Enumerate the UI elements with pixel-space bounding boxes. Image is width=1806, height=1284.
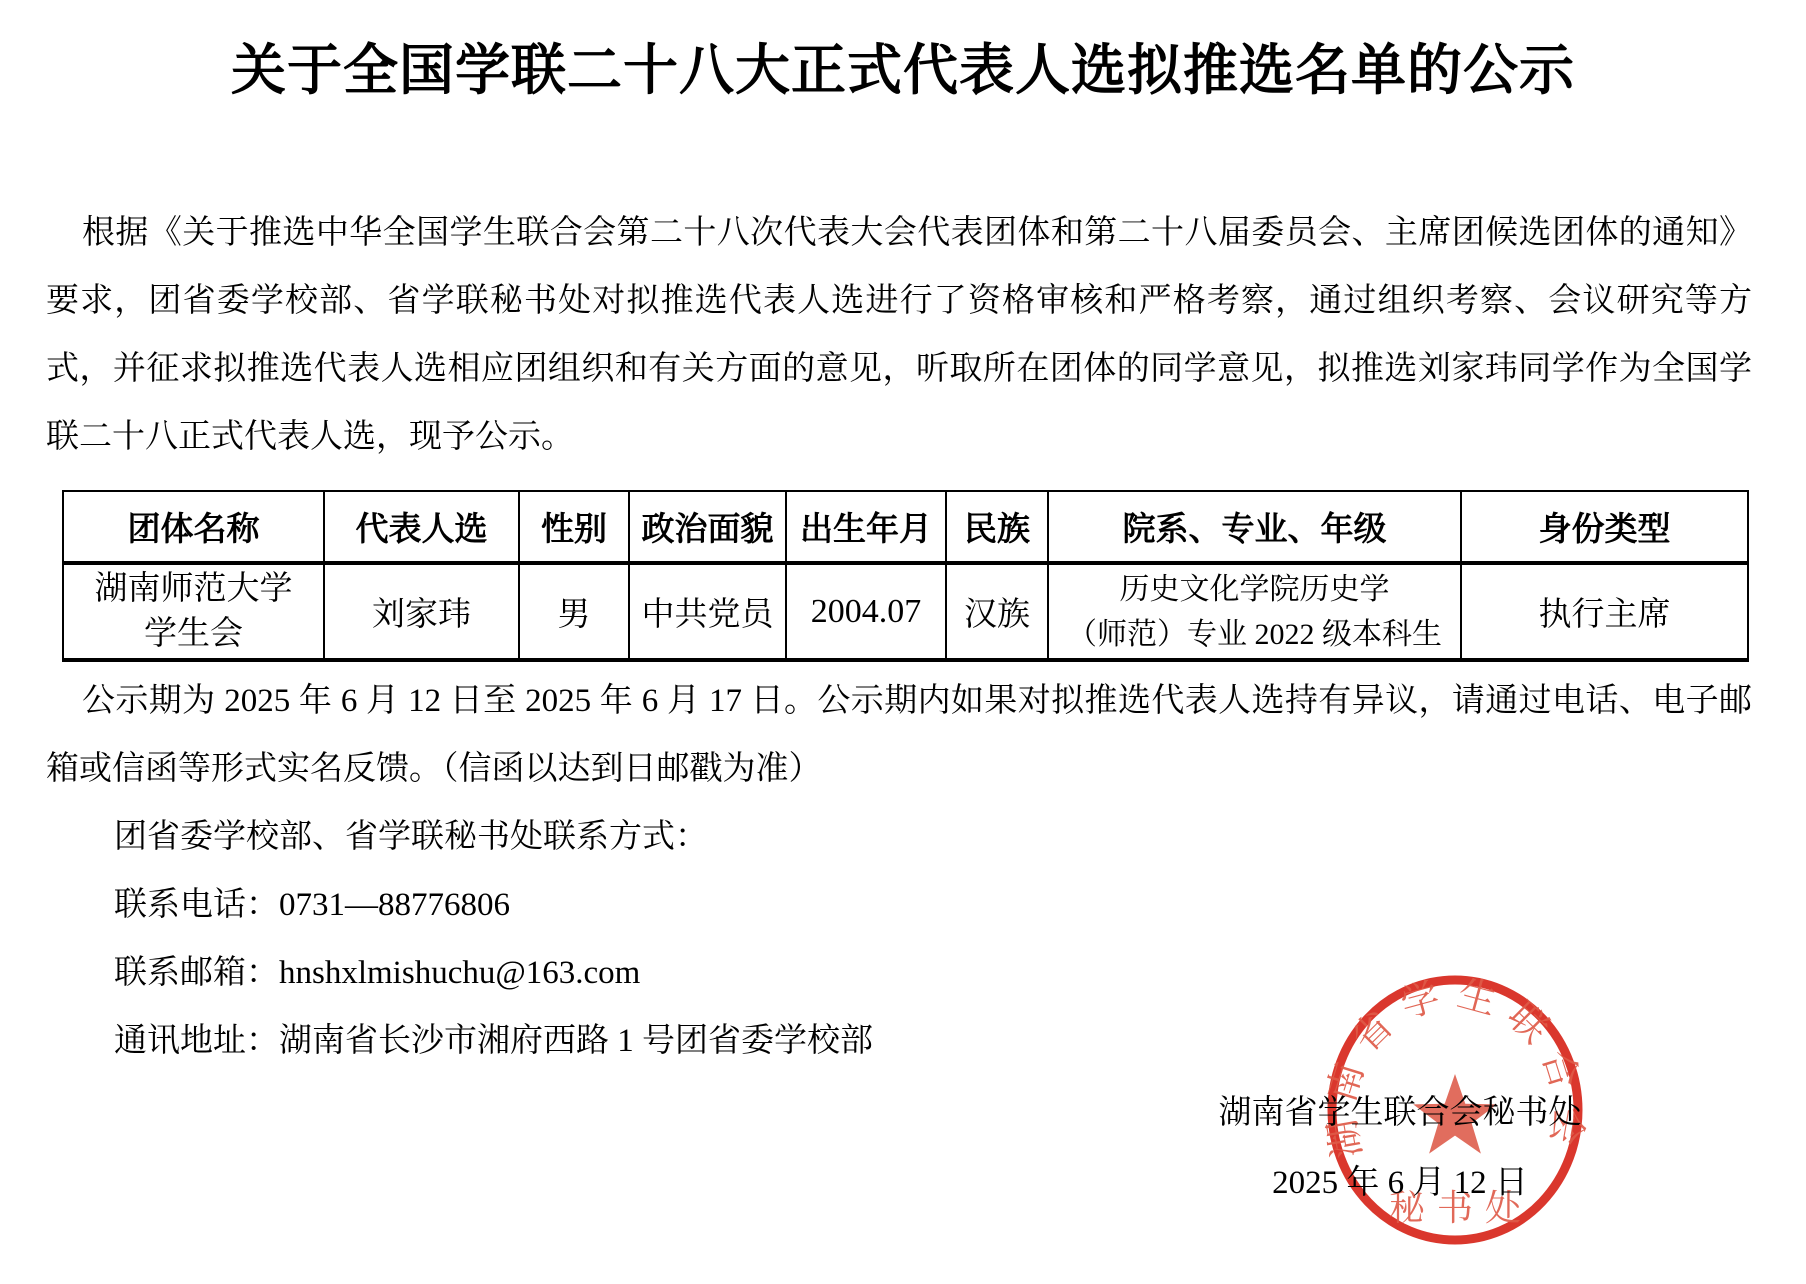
signature-name: 湖南省学生联合会秘书处 [1160, 1078, 1640, 1148]
header-gender: 性别 [519, 491, 629, 563]
header-birth-date: 出生年月 [786, 491, 946, 563]
document-page: { "document": { "title": "关于全国学联二十八大正式代表… [0, 0, 1806, 1284]
cell-birth-date: 2004.07 [786, 563, 946, 660]
table-row: 湖南师范大学 学生会 刘家玮 男 中共党员 2004.07 汉族 历史文化学院历… [63, 563, 1748, 660]
header-ethnicity: 民族 [946, 491, 1048, 563]
signature-date: 2025 年 6 月 12 日 [1160, 1148, 1640, 1218]
cell-ethnicity: 汉族 [946, 563, 1048, 660]
contact-intro: 团省委学校部、省学联秘书处联系方式： [46, 803, 1752, 871]
header-candidate: 代表人选 [324, 491, 519, 563]
header-identity-type: 身份类型 [1461, 491, 1748, 563]
cell-identity-type: 执行主席 [1461, 563, 1748, 660]
cell-political-status: 中共党员 [629, 563, 786, 660]
cell-gender: 男 [519, 563, 629, 660]
signature-block: 湖南省学生联合会秘书处 2025 年 6 月 12 日 [1160, 1078, 1640, 1218]
cell-group-name: 湖南师范大学 学生会 [63, 563, 324, 660]
document-title: 关于全国学联二十八大正式代表人选拟推选名单的公示 [0, 26, 1806, 105]
body-paragraph: 根据《关于推选中华全国学生联合会第二十八次代表大会代表团体和第二十八届委员会、主… [46, 199, 1752, 471]
representative-table: 团体名称 代表人选 性别 政治面貌 出生年月 民族 院系、专业、年级 身份类型 … [62, 490, 1749, 662]
header-department: 院系、专业、年级 [1048, 491, 1461, 563]
header-group-name: 团体名称 [63, 491, 324, 563]
cell-department: 历史文化学院历史学 （师范）专业 2022 级本科生 [1048, 563, 1461, 660]
cell-candidate: 刘家玮 [324, 563, 519, 660]
header-political-status: 政治面貌 [629, 491, 786, 563]
table-header-row: 团体名称 代表人选 性别 政治面貌 出生年月 民族 院系、专业、年级 身份类型 [63, 491, 1748, 563]
notice-period-paragraph: 公示期为 2025 年 6 月 12 日至 2025 年 6 月 17 日。公示… [46, 667, 1752, 803]
contact-phone: 联系电话：0731—88776806 [46, 871, 1752, 939]
